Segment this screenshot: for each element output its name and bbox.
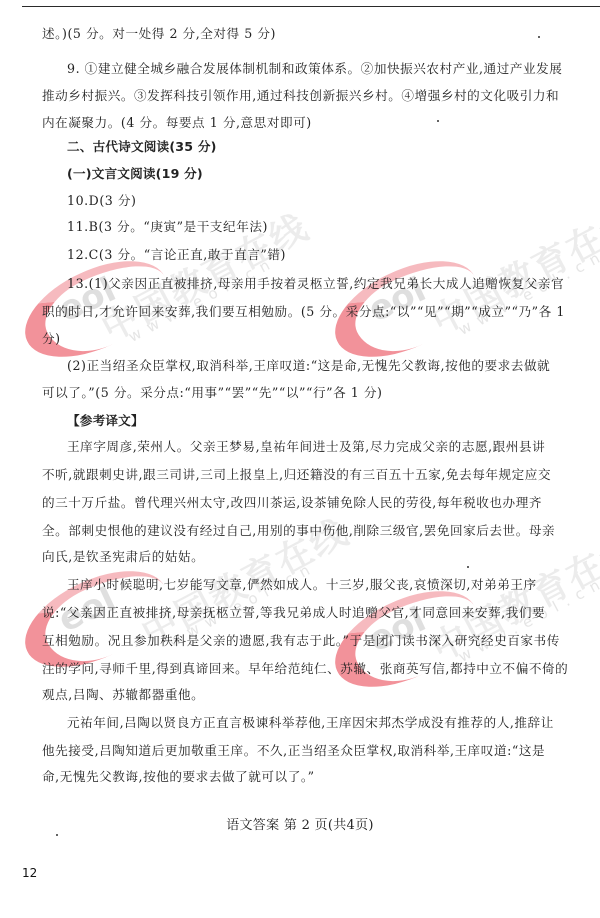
translation-p1-line-3: 的三十万斤盐。曾代理兴州太守,改四川茶运,设茶铺免除人民的劳役,每年税收也办理齐 [42,495,542,511]
q9-answer-line-1: 9. ①建立健全城乡融合发展体制机制和政策体系。②加快振兴农村产业,通过产业发展 [67,61,562,77]
translation-p3-line-3: 命,无愧先父教诲,按他的要求去做了就可以了。” [42,769,315,785]
translation-p2-line-4: 注的学问,寻师千里,得到真谛回来。早年给范纯仁、苏辙、张商英写信,都持中立不偏不… [42,661,568,677]
q8-score-note: 述。)(5 分。对一处得 2 分,全对得 5 分) [42,26,276,42]
answer-q13-2-line-1: (2)正当绍圣众臣掌权,取消科举,王庠叹道:“这是命,无愧先父教诲,按他的要求去… [67,358,550,374]
translation-p1-line-1: 王庠字周彦,荣州人。父亲王梦易,皇祐年间进士及第,尽力完成父亲的志愿,跟州县讲 [67,439,545,455]
section-title: 二、古代诗文阅读(35 分) [67,139,217,155]
answer-q13-1-line-1: 13.(1)父亲因正直被排挤,母亲用手按着灵柩立誓,约定我兄弟长大成人追赠恢复父… [67,276,564,292]
q9-answer-line-2: 推动乡村振兴。③发挥科技引领作用,通过科技创新振兴乡村。④增强乡村的文化吸引力和 [42,88,559,104]
answer-q12: 12.C(3 分。“言论正直,敢于直言”错) [67,247,286,263]
answer-q10: 10.D(3 分) [67,193,137,209]
answer-q13-1-line-3: 分) [42,331,61,347]
translation-heading: 【参考译文】 [67,413,144,429]
scan-speck [467,566,469,568]
header-rule [22,6,600,7]
translation-p1-line-5: 向氏,是钦圣宪肃后的姑姑。 [42,549,204,565]
translation-p2-line-1: 王庠小时候聪明,七岁能写文章,俨然如成人。十三岁,服父丧,哀愤深切,对弟弟王序 [67,577,537,593]
translation-p2-line-3: 互相勉励。况且参加秩科是父亲的遗愿,我有志于此。”于是闭门读书深入研究经史百家书… [42,633,560,649]
page-number: 12 [22,866,37,880]
watermark-brand: 中国教育在线 [421,192,600,344]
scan-speck [56,834,58,836]
page-footer: 语文答案 第 2 页(共4页) [0,814,600,833]
document-page: eol 中国教育在线 www.eol.cn eol 中国教育在线 www.eol… [0,0,600,918]
scan-speck [437,120,439,122]
scan-speck [538,36,540,38]
answer-q11: 11.B(3 分。“庚寅”是干支纪年法) [67,219,268,235]
translation-p2-line-5: 观点,吕陶、苏辙都器重他。 [42,687,204,703]
watermark-right-upper: eol 中国教育在线 www.eol.cn [330,225,600,375]
watermark-url: www.eol.cn [455,245,600,338]
q9-answer-line-3: 内在凝聚力。(4 分。每要点 1 分,意思对即可) [42,115,312,131]
watermark-url: www.eol.cn [125,252,279,345]
translation-p2-line-2: 说:“父亲因正直被排挤,母亲抚柩立誓,等我兄弟成人时追赠父官,才同意回来安葬,我… [42,605,545,621]
subsection-title: (一)文言文阅读(19 分) [67,166,203,182]
translation-p3-line-2: 他先接受,吕陶知道后更加敬重王庠。不久,正当绍圣众臣掌权,取消科举,王庠叹道:“… [42,743,545,759]
translation-p3-line-1: 元祐年间,吕陶以贤良方正直言极谏科举荐他,王庠因宋邦杰学成没有推荐的人,推辞让 [67,715,554,731]
translation-p1-line-4: 全。部刺史恨他的建议没有经过自己,用别的事中伤他,削除三级官,罢免回家后去世。母… [42,523,555,539]
answer-q13-2-line-2: 可以了。”(5 分。采分点:“用事”“罢”“先”“以”“行”各 1 分) [42,385,383,401]
translation-p1-line-2: 不听,就跟刺史讲,跟三司讲,三司上报皇上,归还籍没的有三百五十五家,免去每年规定… [42,467,551,483]
answer-q13-1-line-2: 职的时日,才允许回来安葬,我们要互相勉励。(5 分。采分点:“以”“见”“期”“… [42,304,565,320]
